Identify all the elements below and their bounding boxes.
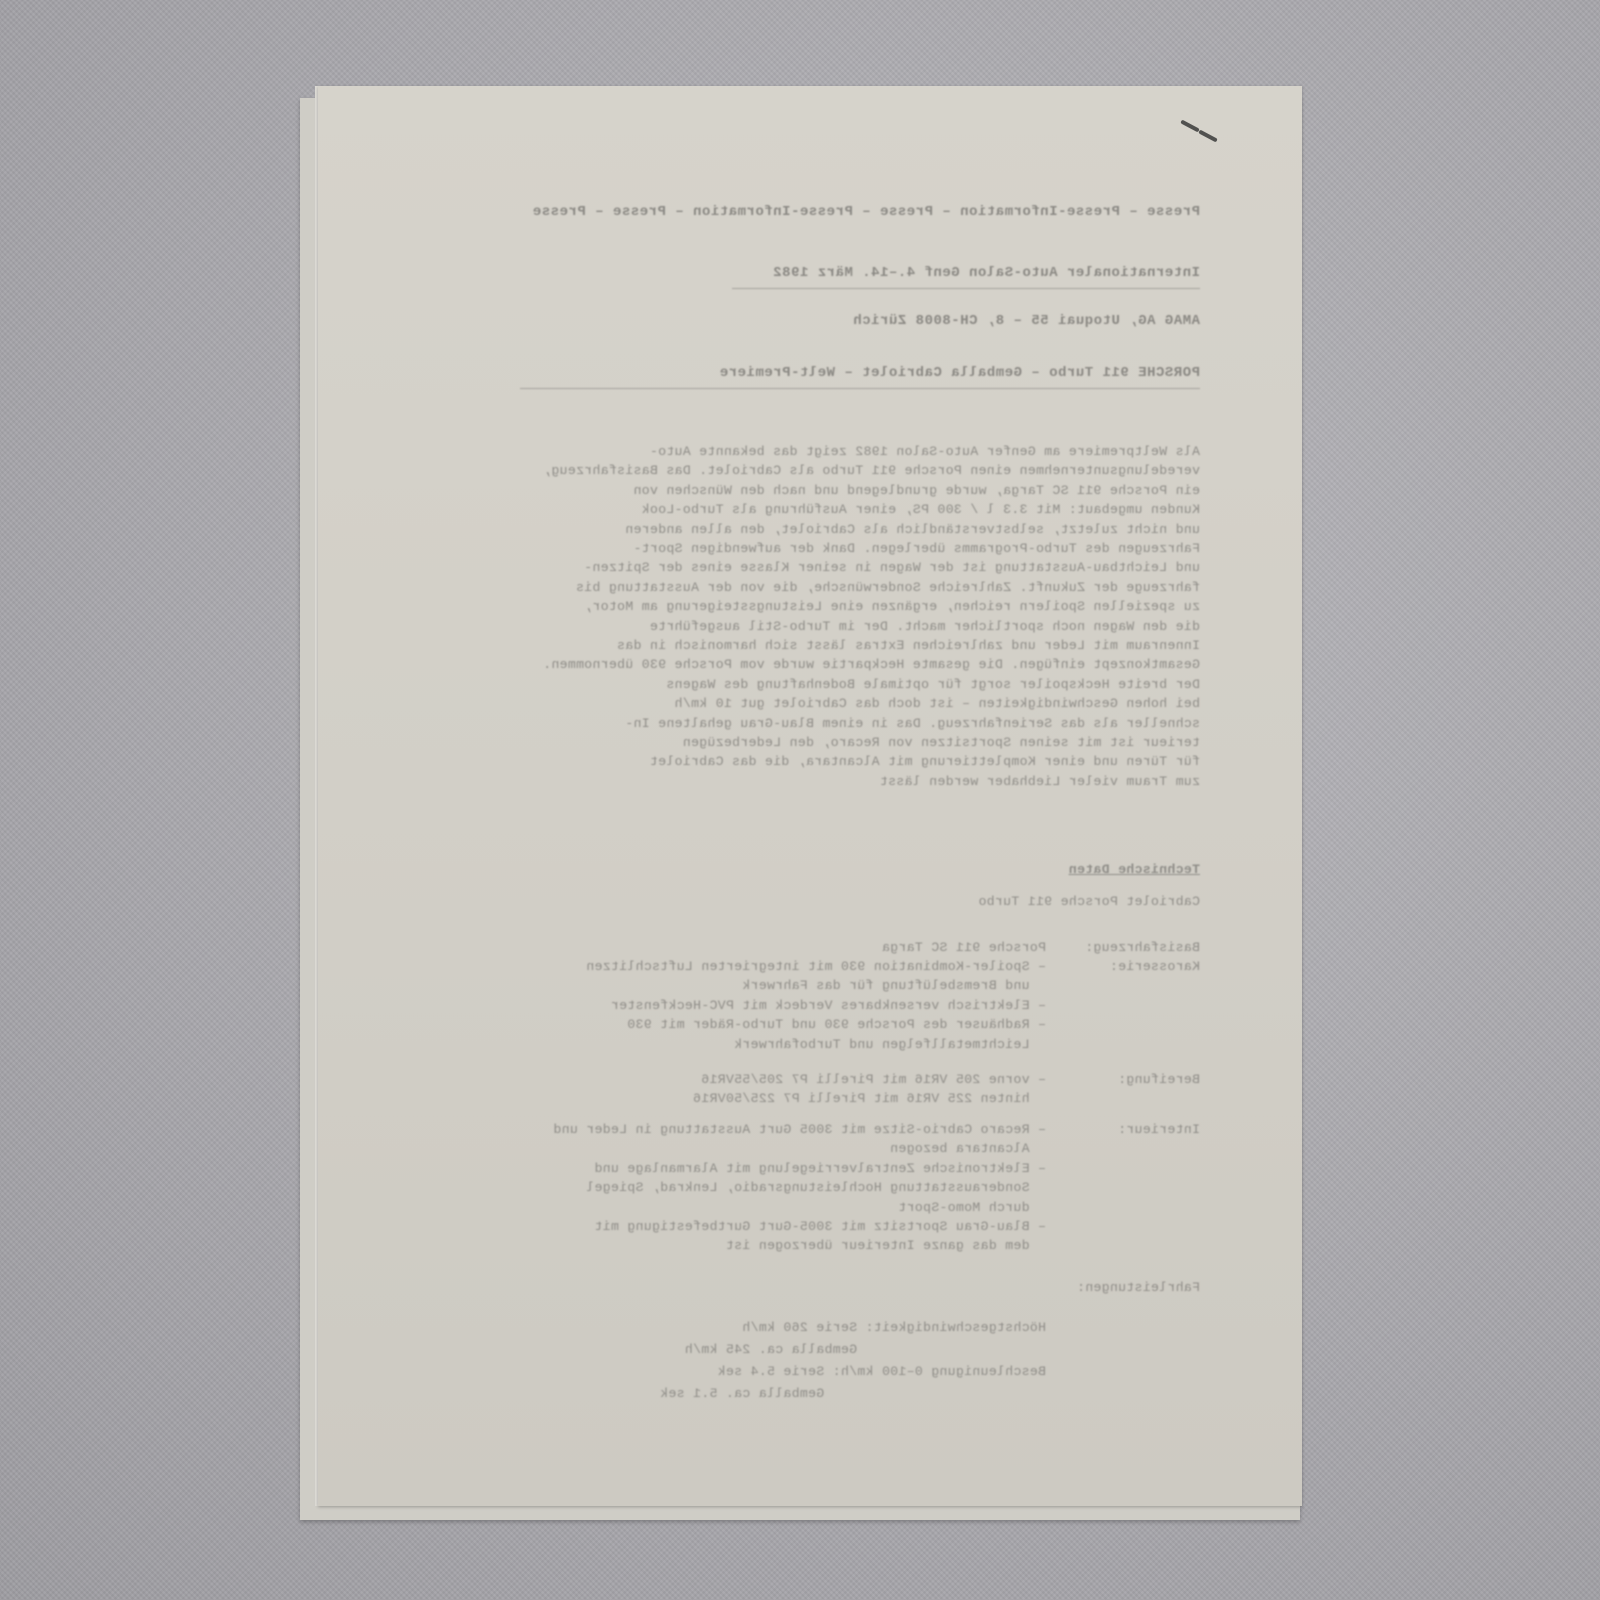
body-line: Der breite Heckspoiler sorgt für optimal… xyxy=(666,675,1200,694)
body-line: veredelungsunternehmen einen Porsche 911… xyxy=(543,461,1200,480)
body-line: und nicht zuletzt, selbstverständlich al… xyxy=(625,520,1200,539)
body-line: ein Porsche 911 SC Targa, wurde grundleg… xyxy=(633,481,1200,500)
event-line: Internationaler Auto-Salon Genf 4.–14. M… xyxy=(773,264,1200,283)
basis-value: Porsche 911 SC Targa xyxy=(882,938,1046,957)
body-line: und Leichtbau-Ausstattung ist der Wagen … xyxy=(584,558,1200,577)
body-line: Gesamtkonzept einfügen. Die gesamte Heck… xyxy=(543,655,1200,674)
tire-line: – vorne 205 VR16 mit Pirelli P7 205/55VR… xyxy=(701,1070,1046,1089)
body-line: terieur ist mit seinen Sportsitzen von R… xyxy=(683,733,1200,752)
tires-label: Bereifung: xyxy=(1118,1070,1200,1089)
interior-line: – Recaro Cabrio-Sitze mit 3005 Gurt Auss… xyxy=(553,1120,1046,1139)
interior-line: durch Momo-Sport xyxy=(898,1198,1046,1217)
title-line: PORSCHE 911 Turbo – Gemballa Cabriolet –… xyxy=(719,364,1200,383)
body-line: bei hohen Geschwindigkeiten – ist doch d… xyxy=(674,694,1200,713)
body-line: Als Weltpremiere am Genfer Auto-Salon 19… xyxy=(650,442,1200,461)
interior-line: – Blau-Grau Sportsitz mit 3005-Gurt Gurt… xyxy=(594,1217,1046,1236)
feature-line: – Spoiler-Kombination 930 mit integriert… xyxy=(586,957,1046,976)
company-line: AMAG AG, Utoquai 55 – 8, CH-8008 Zürich xyxy=(853,312,1200,331)
performance-line: Höchstgeschwindigkeit: Serie 260 km/h xyxy=(742,1318,1046,1337)
body-line: zum Traum vieler Liebhaber werden lässt xyxy=(880,772,1200,791)
body-line: die den Wagen noch sportlicher macht. De… xyxy=(650,617,1200,636)
mirrored-show-through-text: Presse – Presse-Information – Presse – P… xyxy=(318,86,1302,1506)
tech-subheading: Cabriolet Porsche 911 Turbo xyxy=(978,892,1200,911)
interior-line: Alcantara bezogen xyxy=(890,1139,1046,1158)
interior-line: dem das ganze Interieur überzogen ist xyxy=(726,1236,1046,1255)
body-line: Kunden umgebaut: Mit 3.3 l / 300 PS, ein… xyxy=(641,500,1200,519)
performance-heading: Fahrleistungen: xyxy=(1077,1278,1200,1297)
body-line: für Türen und einer Komplettierung mit A… xyxy=(650,752,1200,771)
features-label: Karosserie: xyxy=(1110,957,1200,976)
feature-line: und Bremsbelüftung für das Fahrwerk xyxy=(742,976,1046,995)
interior-line: Sonderausstattung Hochleistungsradio, Le… xyxy=(586,1178,1046,1197)
header-banner: Presse – Presse-Information – Presse – P… xyxy=(532,203,1200,222)
performance-line: Gemballa ca. 5.1 sek xyxy=(660,1384,1046,1403)
event-rule xyxy=(732,288,1200,289)
performance-line: Beschleunigung 0–100 km/h: Serie 5.4 sek xyxy=(717,1362,1046,1381)
body-line: Innenraum mit Leder und zahlreichen Extr… xyxy=(617,636,1200,655)
body-line: fahrzeuge der Zukunft. Zahlreiche Sonder… xyxy=(576,578,1200,597)
interior-line: – Elektronische Zentralverriegelung mit … xyxy=(594,1159,1046,1178)
basis-label: Basisfahrzeug: xyxy=(1085,938,1200,957)
feature-line: Leichtmetallfelgen und Turbofahrwerk xyxy=(734,1035,1046,1054)
tire-line: hinten 225 VR16 mit Pirelli P7 225/50VR1… xyxy=(693,1089,1046,1108)
tech-heading: Technische Daten xyxy=(1069,860,1200,879)
body-line: schneller als das Serienfahrzeug. Das in… xyxy=(625,714,1200,733)
feature-line: – Radhäuser des Porsche 930 und Turbo-Rä… xyxy=(627,1015,1046,1034)
title-rule xyxy=(520,388,1200,389)
feature-line: – Elektrisch versenkbares Verdeck mit PV… xyxy=(611,996,1046,1015)
document-page: Presse – Presse-Information – Presse – P… xyxy=(318,86,1302,1506)
body-line: Fahrzeugen des Turbo-Programms überlegen… xyxy=(633,539,1200,558)
performance-line: Gemballa ca. 245 km/h xyxy=(685,1340,1046,1359)
interior-label: Interieur: xyxy=(1118,1120,1200,1139)
body-line: zu speziellen Spoilern reichen, ergänzen… xyxy=(584,597,1200,616)
